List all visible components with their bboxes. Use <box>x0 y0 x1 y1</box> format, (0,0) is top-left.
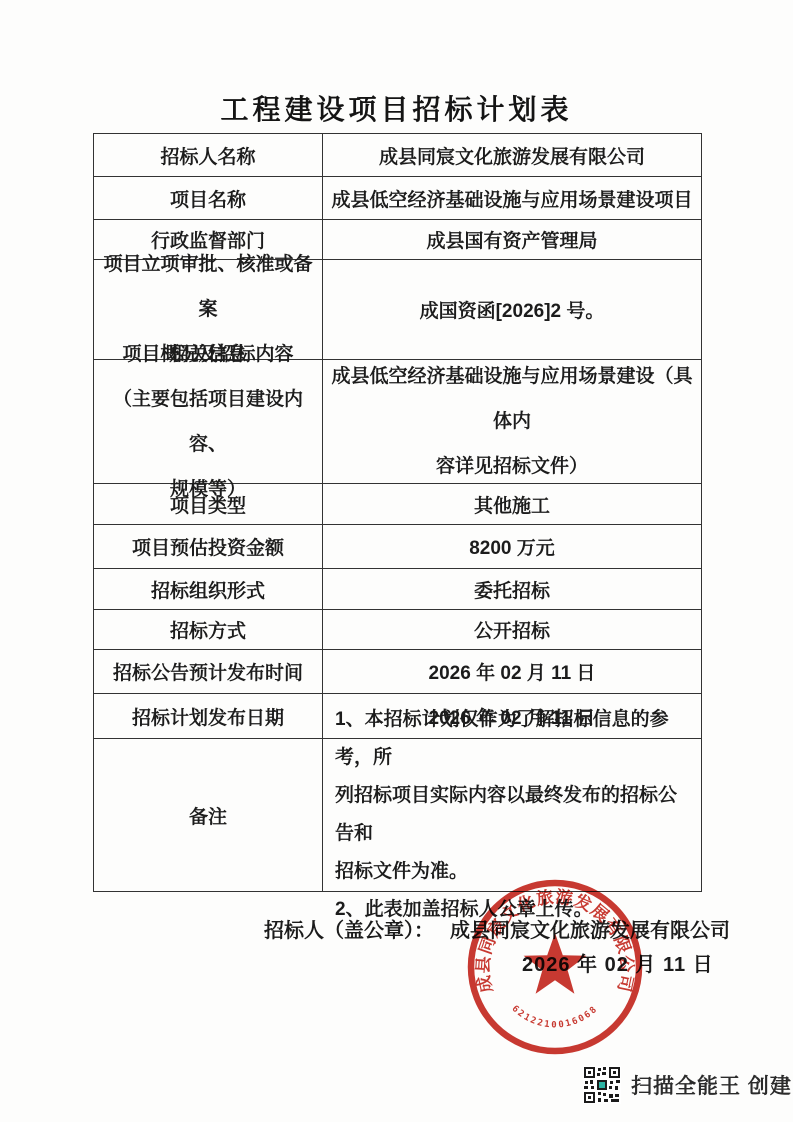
row-label: 项目预估投资金额 <box>94 525 323 568</box>
svg-text:6212210016068: 6212210016068 <box>510 1004 601 1030</box>
row-label: 招标计划发布日期 <box>94 694 323 738</box>
table-row-remarks: 备注 1、本招标计划仅作为了解招标信息的参考，所 列招标项目实际内容以最终发布的… <box>94 739 701 891</box>
row-value: 成县低空经济基础设施与应用场景建设项目 <box>323 177 701 219</box>
scanner-watermark: 扫描全能王 创建 <box>583 1066 792 1104</box>
row-label: 项目名称 <box>94 177 323 219</box>
row-value: 委托招标 <box>323 569 701 609</box>
row-value: 8200 万元 <box>323 525 701 568</box>
signature-label: 招标人（盖公章）： <box>264 914 434 943</box>
tender-plan-table: 招标人名称 成县同宸文化旅游发展有限公司 项目名称 成县低空经济基础设施与应用场… <box>93 133 702 892</box>
row-value: 1、本招标计划仅作为了解招标信息的参考，所 列招标项目实际内容以最终发布的招标公… <box>323 739 701 891</box>
qr-code-icon <box>583 1066 621 1104</box>
row-label: 招标公告预计发布时间 <box>94 650 323 693</box>
row-label: 项目类型 <box>94 484 323 524</box>
row-label: 招标方式 <box>94 610 323 649</box>
row-value: 其他施工 <box>323 484 701 524</box>
row-value: 公开招标 <box>323 610 701 649</box>
table-row-project-overview: 项目概况及招标内容 （主要包括项目建设内容、 规模等） 成县低空经济基础设施与应… <box>94 360 701 484</box>
seal-star-icon <box>524 933 587 994</box>
table-row-organization-form: 招标组织形式 委托招标 <box>94 569 701 610</box>
table-row-project-type: 项目类型 其他施工 <box>94 484 701 525</box>
row-label: 项目概况及招标内容 （主要包括项目建设内容、 规模等） <box>94 360 323 483</box>
row-value: 成县低空经济基础设施与应用场景建设（具体内 容详见招标文件） <box>323 360 701 483</box>
row-value: 2026 年 02 月 11 日 <box>323 650 701 693</box>
table-row-project-name: 项目名称 成县低空经济基础设施与应用场景建设项目 <box>94 177 701 220</box>
seal-code-text: 6212210016068 <box>510 1004 601 1030</box>
page-title: 工程建设项目招标计划表 <box>0 88 793 128</box>
table-row-tender-method: 招标方式 公开招标 <box>94 610 701 650</box>
table-row-announcement-date: 招标公告预计发布时间 2026 年 02 月 11 日 <box>94 650 701 694</box>
row-label: 招标组织形式 <box>94 569 323 609</box>
row-label: 招标人名称 <box>94 134 323 176</box>
table-row-bidder-name: 招标人名称 成县同宸文化旅游发展有限公司 <box>94 134 701 177</box>
row-label: 备注 <box>94 739 323 891</box>
row-value: 成县国有资产管理局 <box>323 220 701 259</box>
row-value: 成国资函[2026]2 号。 <box>323 260 701 359</box>
row-value: 成县同宸文化旅游发展有限公司 <box>323 134 701 176</box>
scanner-watermark-text: 扫描全能王 创建 <box>631 1070 792 1100</box>
company-seal: 成县同宸文化旅游发展有限公司 6212210016068 <box>464 876 646 1058</box>
table-row-estimated-investment: 项目预估投资金额 8200 万元 <box>94 525 701 569</box>
